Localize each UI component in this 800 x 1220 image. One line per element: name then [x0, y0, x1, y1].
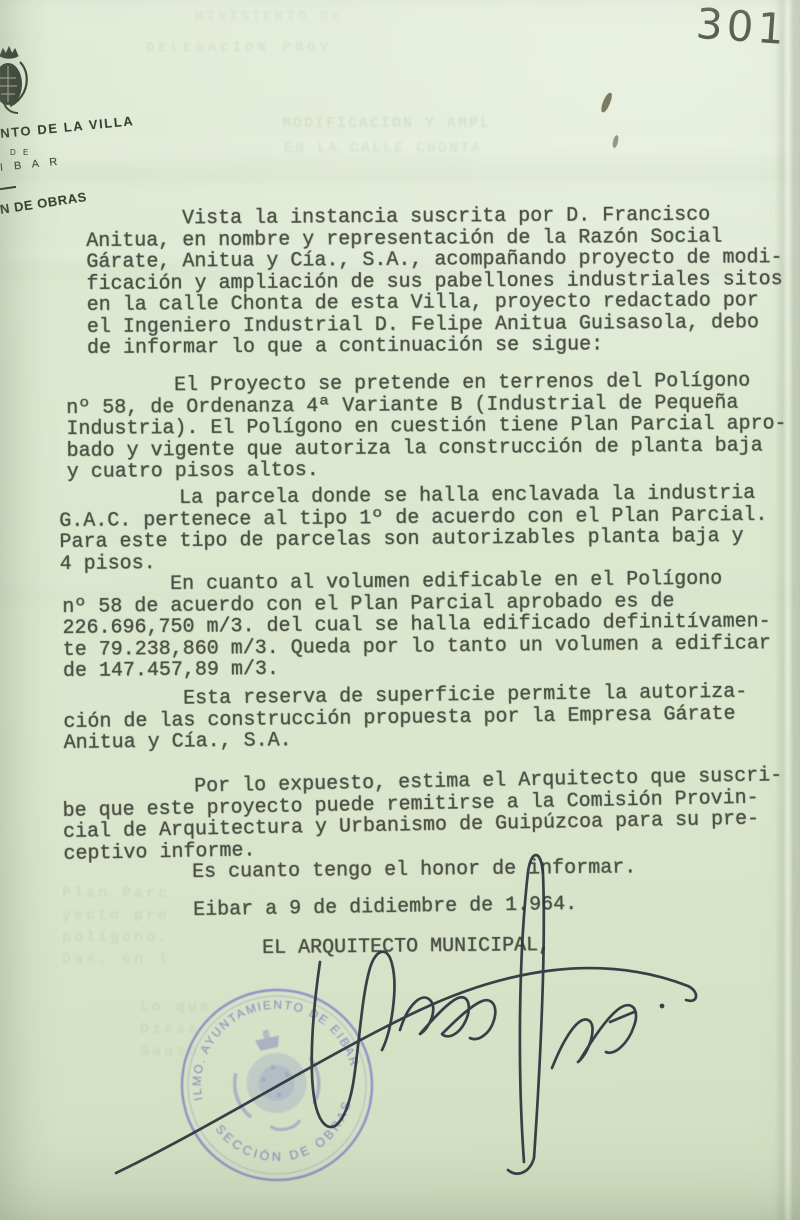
bleedthrough-text: EN LA CALLE CHONTA [284, 141, 482, 156]
letterhead-de-line: D E [10, 148, 31, 157]
bleedthrough-text: DELEGACION PROV [146, 41, 332, 55]
letterhead-city-line: I B A R [0, 156, 62, 174]
bleedthrough-text: MINISTERIO DE [195, 10, 343, 24]
page-number-annotation: 301 [694, 0, 789, 54]
typed-paragraph: En cuanto al volumen edificable en el Po… [62, 568, 771, 682]
typed-paragraph: El Proyecto se pretende en terrenos del … [66, 370, 787, 483]
coat-of-arms-icon [0, 46, 34, 118]
typed-line: de 147.457,89 m/3. [63, 654, 771, 682]
letterhead-divider [0, 186, 16, 190]
ink-speck [612, 135, 619, 149]
typed-line: de informar lo que a continuación se sig… [87, 333, 783, 359]
paper-edge-right [774, 0, 800, 1220]
letterhead-dept-line: N DE OBRAS [0, 189, 88, 217]
typed-paragraph: La parcela donde se halla enclavada la i… [59, 483, 768, 575]
bleedthrough-text: MODIFICACION Y AMPL [282, 116, 491, 131]
scanned-document: MINISTERIO DE DELEGACION PROV MODIFICACI… [0, 0, 800, 1220]
ink-speck [600, 91, 614, 113]
typed-paragraph: Vista la instancia suscrita por D. Franc… [86, 204, 783, 359]
typed-line: y cuatro pisos altos. [67, 456, 787, 483]
signature-scrawl [90, 840, 710, 1210]
typed-paragraph: Esta reserva de superficie permite la au… [63, 682, 748, 755]
